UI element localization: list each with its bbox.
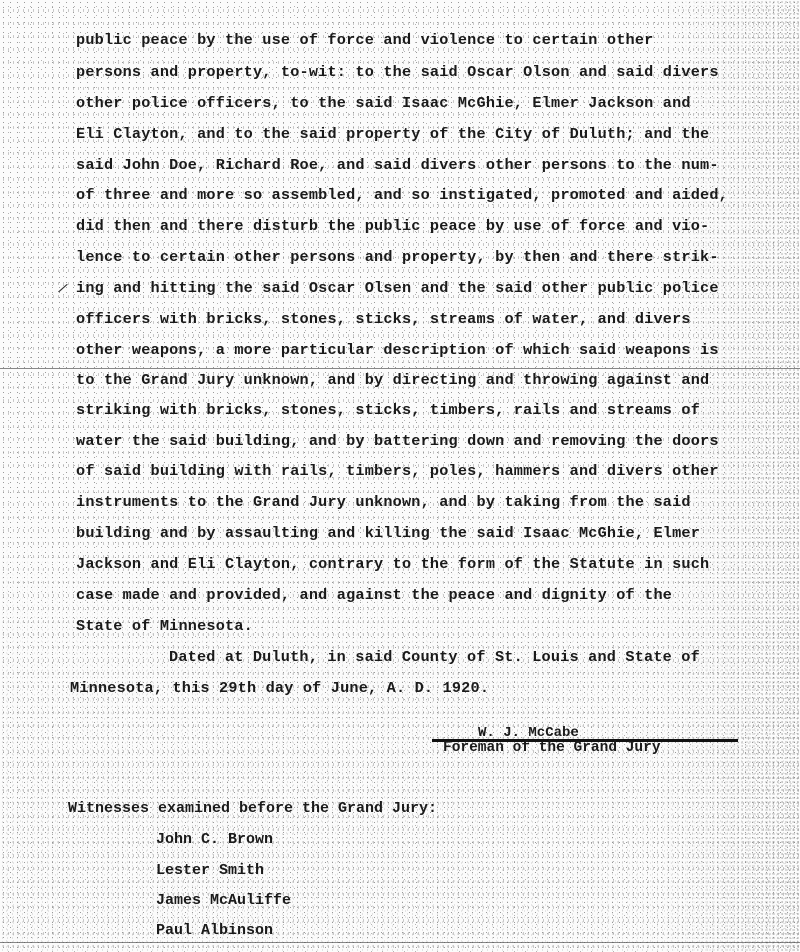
body-line: officers with bricks, stones, sticks, st… bbox=[76, 310, 691, 328]
witness-name: John C. Brown bbox=[156, 831, 273, 848]
body-line: persons and property, to-wit: to the sai… bbox=[76, 63, 719, 81]
body-line: Eli Clayton, and to the said property of… bbox=[76, 125, 709, 143]
foreman-title: Foreman of the Grand Jury bbox=[443, 740, 661, 756]
body-line: said John Doe, Richard Roe, and said div… bbox=[76, 156, 719, 174]
body-line: case made and provided, and against the … bbox=[76, 586, 672, 604]
body-line: of three and more so assembled, and so i… bbox=[76, 186, 728, 204]
body-line: of said building with rails, timbers, po… bbox=[76, 462, 719, 480]
body-line: Jackson and Eli Clayton, contrary to the… bbox=[76, 555, 709, 573]
body-line: State of Minnesota. bbox=[76, 617, 253, 635]
scanned-page: / public peace by the use of force and v… bbox=[0, 0, 800, 952]
witness-name: Paul Albinson bbox=[156, 922, 273, 939]
dated-line: Dated at Duluth, in said County of St. L… bbox=[169, 648, 700, 666]
body-line: water the said building, and by batterin… bbox=[76, 432, 719, 450]
scan-artifact-rule bbox=[0, 368, 800, 369]
body-line: instruments to the Grand Jury unknown, a… bbox=[76, 493, 691, 511]
body-line: building and by assaulting and killing t… bbox=[76, 524, 700, 542]
scan-artifact-rule-bottom bbox=[0, 942, 800, 943]
body-line: lence to certain other persons and prope… bbox=[76, 248, 719, 266]
witness-name: Lester Smith bbox=[156, 862, 264, 879]
body-line: other weapons, a more particular descrip… bbox=[76, 341, 719, 359]
body-line: ing and hitting the said Oscar Olsen and… bbox=[76, 279, 719, 297]
witness-name: James McAuliffe bbox=[156, 892, 291, 909]
body-line: to the Grand Jury unknown, and by direct… bbox=[76, 371, 709, 389]
dated-line: Minnesota, this 29th day of June, A. D. … bbox=[70, 679, 489, 697]
margin-mark: / bbox=[56, 281, 69, 299]
body-line: other police officers, to the said Isaac… bbox=[76, 94, 691, 112]
witness-heading: Witnesses examined before the Grand Jury… bbox=[68, 800, 437, 817]
body-line: public peace by the use of force and vio… bbox=[76, 31, 653, 49]
body-line: did then and there disturb the public pe… bbox=[76, 217, 709, 235]
body-line: striking with bricks, stones, sticks, ti… bbox=[76, 401, 700, 419]
